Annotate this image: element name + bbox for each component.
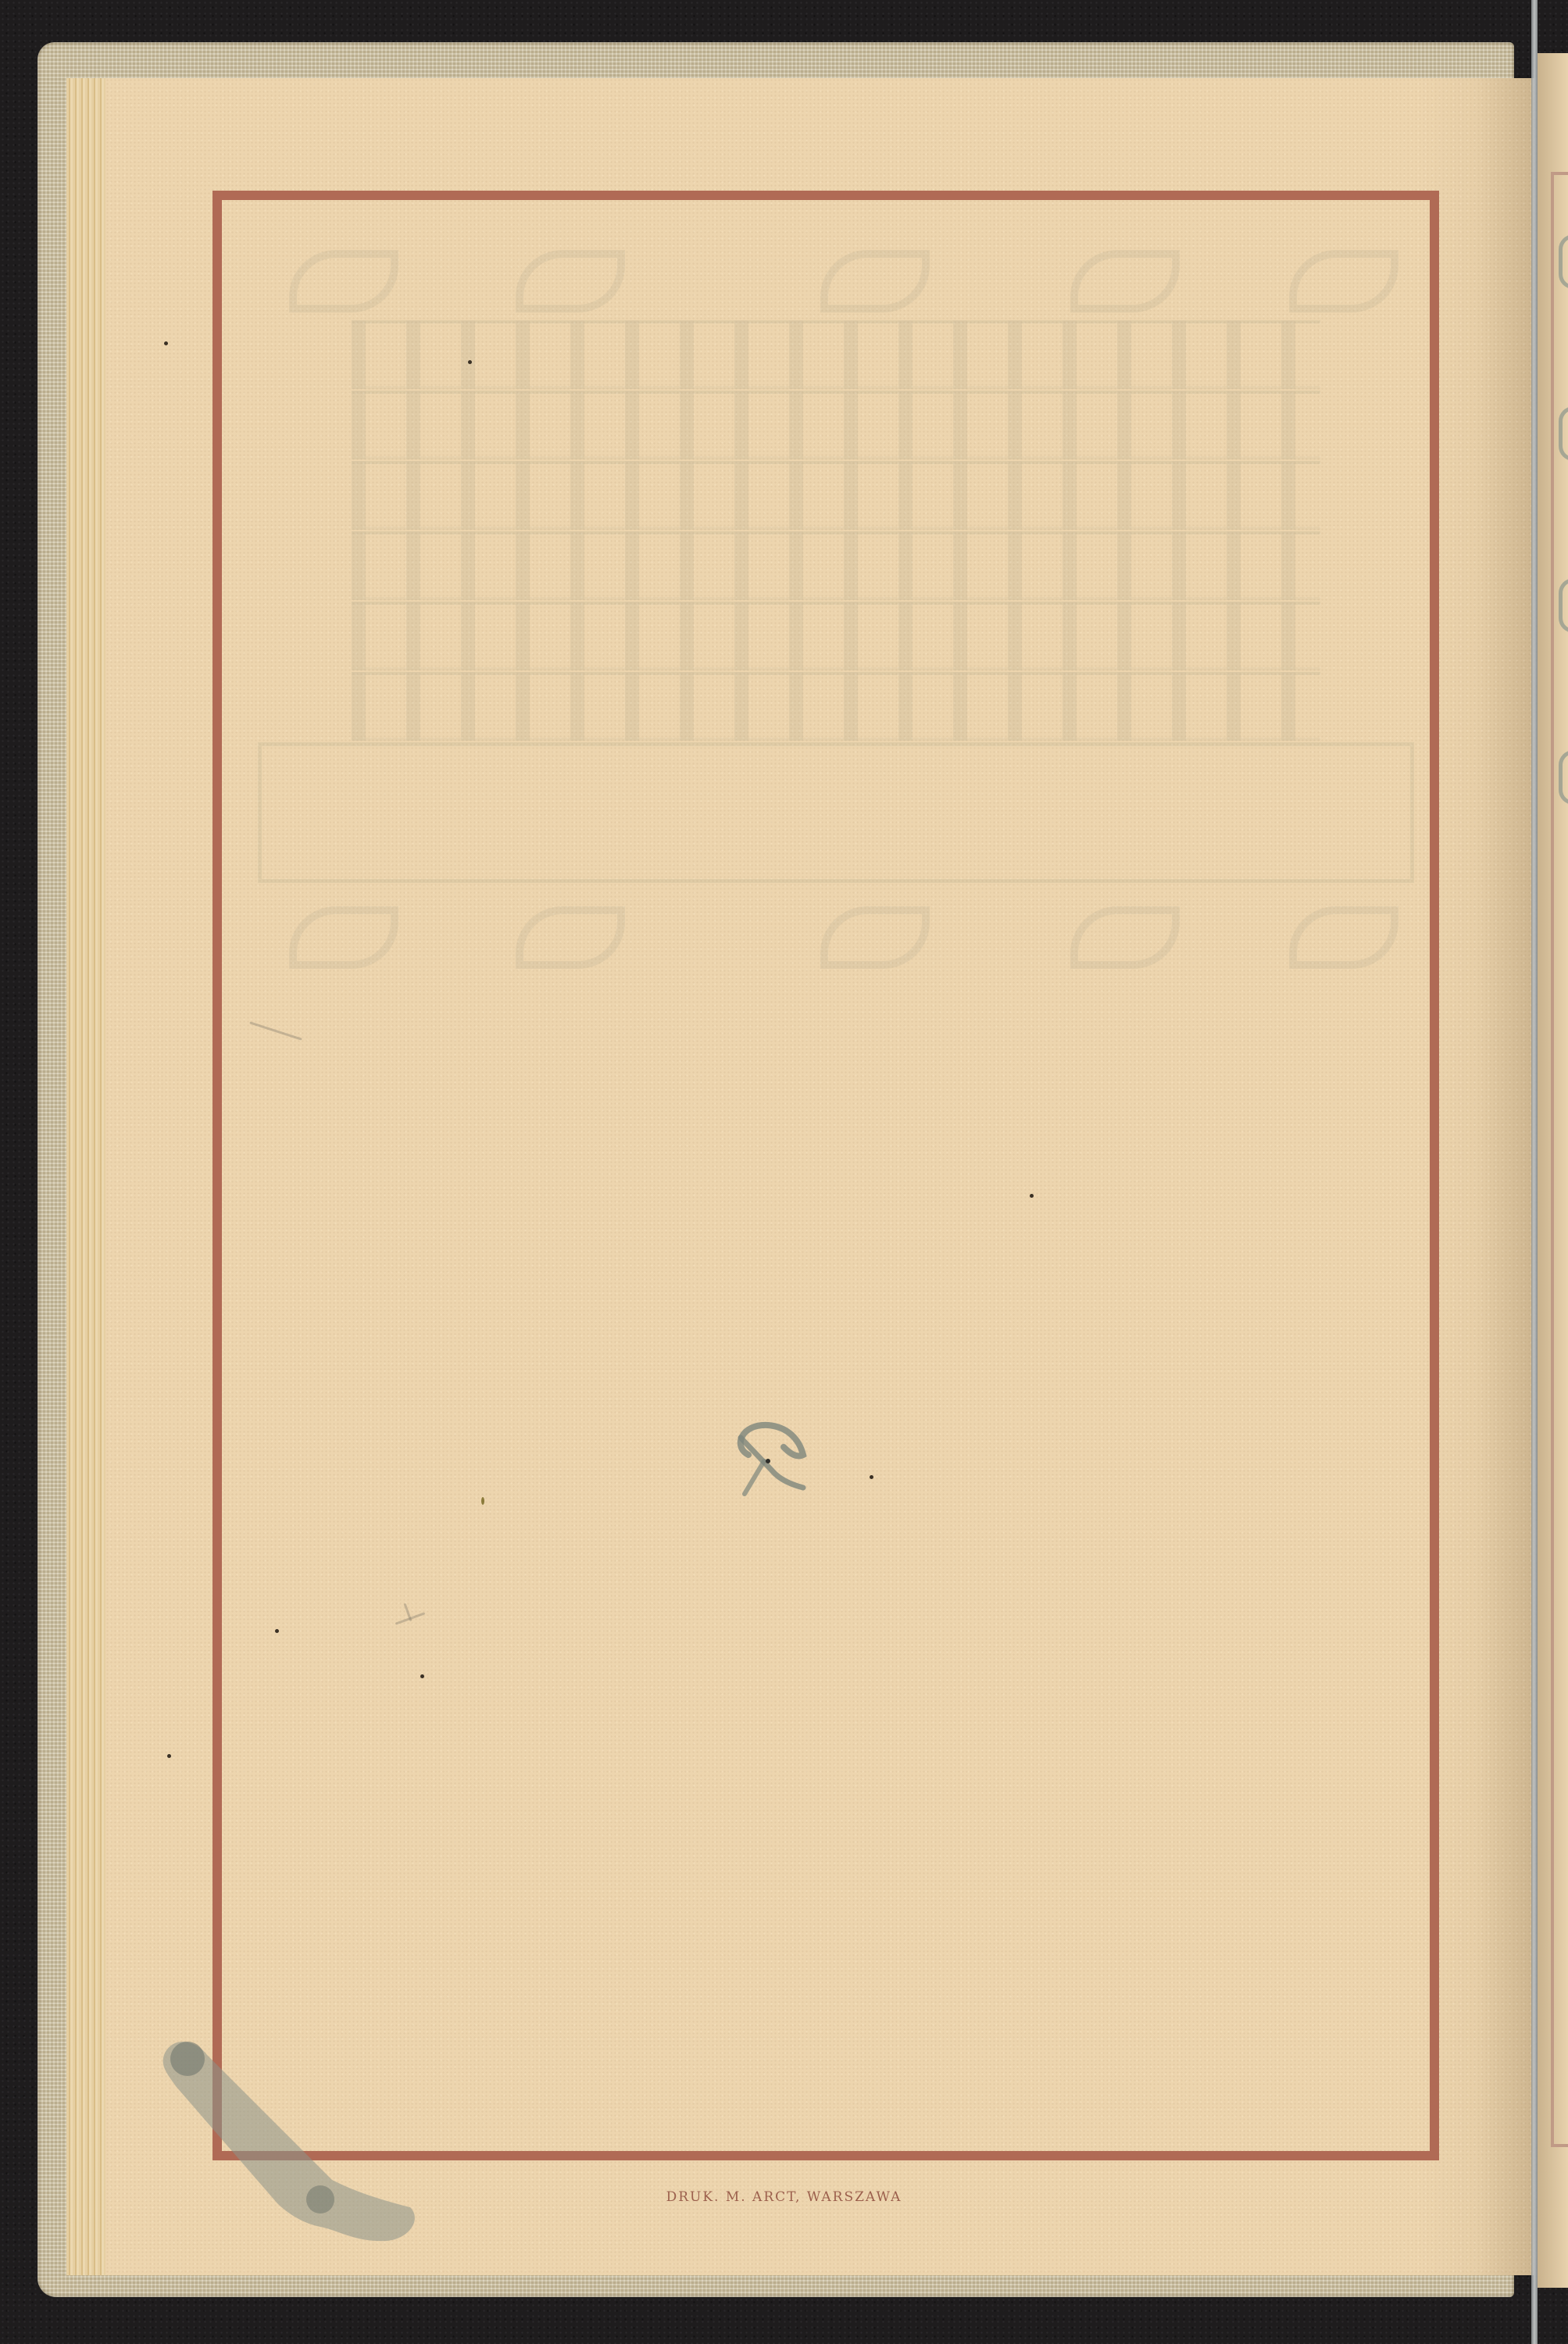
paper-speck — [870, 1475, 873, 1479]
opposite-page-ornament — [1559, 406, 1568, 461]
paper-speck — [164, 341, 168, 345]
opposite-page-frame — [1551, 172, 1568, 2147]
opposite-page-ornament — [1559, 750, 1568, 805]
ink-flourish-mark — [725, 1416, 819, 1502]
printer-imprint: DRUK. M. ARCT, WARSZAWA — [0, 2189, 1568, 2205]
opposite-page-ornament — [1559, 234, 1568, 289]
paper-speck — [1030, 1194, 1034, 1198]
decorative-border-frame — [213, 191, 1439, 2160]
water-stain — [152, 2031, 434, 2250]
paper-speck — [167, 1754, 171, 1758]
page-edge-stack — [66, 78, 106, 2275]
opposite-page-ornament — [1559, 578, 1568, 633]
paper-speck — [420, 1674, 424, 1678]
paper-speck — [275, 1629, 279, 1633]
paper-speck — [468, 360, 472, 364]
paper-speck — [481, 1497, 484, 1505]
glass-plate-edge — [1531, 0, 1538, 2344]
gutter-shadow — [1477, 78, 1534, 2275]
